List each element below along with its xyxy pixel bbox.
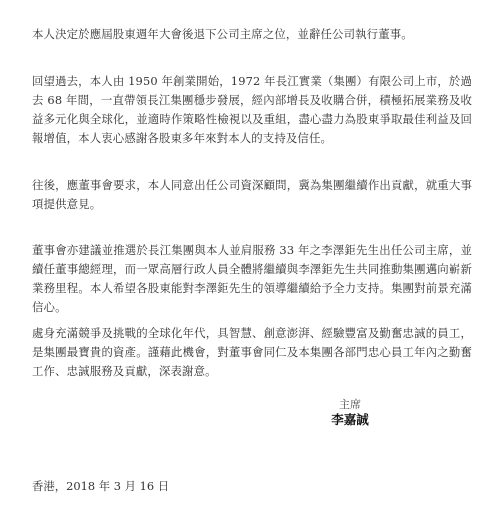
signature-title: 主席 [320,398,380,412]
date-line: 香港，2018 年 3 月 16 日 [32,478,169,494]
signature-name: 李嘉誠 [320,412,380,428]
letter-page: 本人決定於應屆股東週年大會後退下公司主席之位，並辭任公司執行董事。 回望過去，本… [0,0,499,517]
paragraph-thanks-staff: 處身充滿競爭及挑戰的全球化年代，具智慧、創意澎湃、經驗豐富及勤奮忠誠的員工，是集… [32,324,472,381]
paragraph-review-history: 回望過去，本人由 1950 年創業開始，1972 年長江實業（集團）有限公司上市… [32,72,472,148]
paragraph-successor: 董事會亦建議並推選於長江集團與本人並肩服務 33 年之李澤鉅先生出任公司主席，並… [32,241,472,317]
paragraph-senior-advisor: 往後，應董事會要求，本人同意出任公司資深顧問，冀為集團繼續作出貢獻，就重大事項提… [32,176,472,214]
paragraph-resignation: 本人決定於應屆股東週年大會後退下公司主席之位，並辭任公司執行董事。 [32,25,472,44]
signature-block: 主席 李嘉誠 [320,398,380,428]
